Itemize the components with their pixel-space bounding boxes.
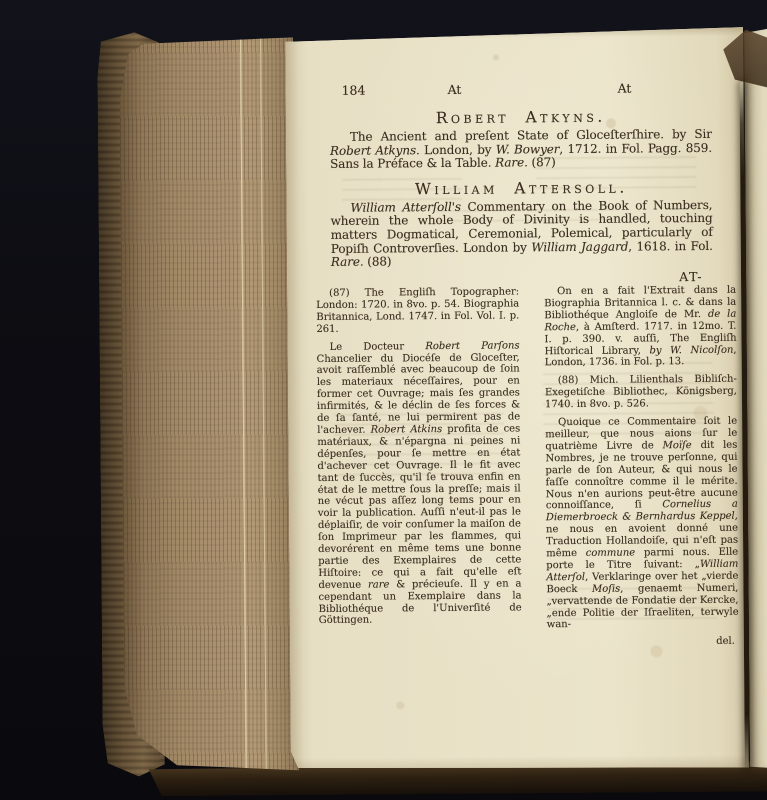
catchword-footnote: del. bbox=[547, 636, 739, 649]
footnote-column-left: (87) The Engliſh Topographer: London: 17… bbox=[316, 286, 522, 651]
open-book: 184 At At Robert Atkyns. The Ancient and… bbox=[97, 21, 767, 782]
footnote-column-right: On en a fait l'Extrait dans la Biographi… bbox=[544, 285, 739, 650]
book-page: 184 At At Robert Atkyns. The Ancient and… bbox=[285, 26, 749, 774]
entry-heading-atkyns: Robert Atkyns. bbox=[330, 107, 712, 128]
entry-heading-attersoll: William Attersoll. bbox=[330, 178, 712, 199]
catchword-main: AT- bbox=[331, 269, 713, 287]
running-head-left: At bbox=[447, 82, 461, 97]
main-text-column: 184 At At Robert Atkyns. The Ancient and… bbox=[329, 80, 713, 287]
footnote-note-french-atkyns: Le Docteur Robert Parſons Chancelier du … bbox=[317, 340, 522, 627]
footnote-note-french-attersoll: Quoique ce Commentaire ſoit le meilleur,… bbox=[545, 416, 739, 632]
book-photo-scene: 184 At At Robert Atkyns. The Ancient and… bbox=[0, 0, 767, 800]
entry-body-attersoll: William Atterſoll's Commentary on the Bo… bbox=[330, 199, 713, 270]
page-content: 184 At At Robert Atkyns. The Ancient and… bbox=[285, 26, 749, 774]
page-block-fore-edge bbox=[119, 35, 299, 774]
entry-body-atkyns: The Ancient and preſent State of Gloceſt… bbox=[330, 128, 712, 172]
footnote-88: (88) Mich. Lilienthals Bibliſch-Exegetiſ… bbox=[545, 374, 737, 411]
footnotes-block: (87) The Engliſh Topographer: London: 17… bbox=[316, 285, 739, 652]
footnote-extrait: On en a fait l'Extrait dans la Biographi… bbox=[544, 285, 737, 370]
page-number: 184 bbox=[341, 83, 365, 98]
running-head-right: At bbox=[617, 81, 631, 96]
footnote-87: (87) The Engliſh Topographer: London: 17… bbox=[316, 286, 519, 335]
running-header: 184 At At bbox=[329, 80, 711, 100]
